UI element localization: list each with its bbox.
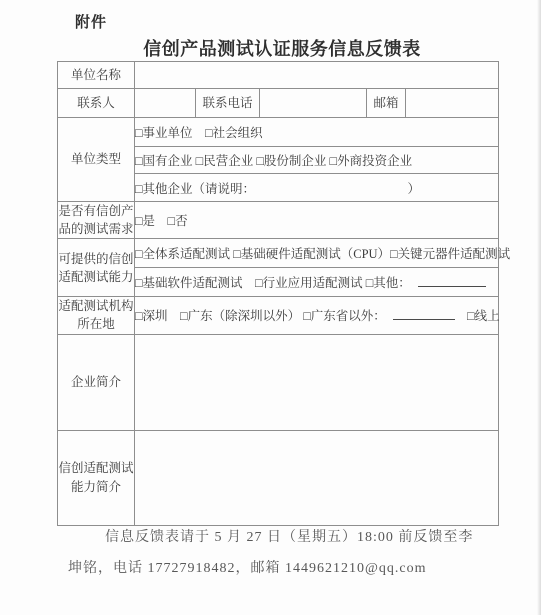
location-options: □深圳 □广东（除深圳以外） □广东省以外： □线上 bbox=[135, 297, 499, 334]
capability-profile-label: 信创适配测试 能力简介 bbox=[58, 430, 135, 525]
company-profile-label: 企业简介 bbox=[58, 334, 135, 430]
scan-edge-shadow bbox=[537, 0, 541, 615]
phone-label: 联系电话 bbox=[196, 89, 260, 118]
table-row: 单位类型 □事业单位 □社会组织 bbox=[58, 118, 499, 147]
table-row: 是否有信创产 品的测试需求 □是 □否 bbox=[58, 202, 499, 239]
contact-value-cell bbox=[135, 89, 196, 118]
table-row: 企业简介 bbox=[58, 334, 499, 430]
capability-options-line1: □全体系适配测试 □基础硬件适配测试（CPU）□关键元器件适配测试 bbox=[135, 239, 499, 268]
close-paren: ） bbox=[408, 179, 421, 197]
unit-type-options-line1: □事业单位 □社会组织 bbox=[135, 118, 499, 147]
feedback-form-table: 单位名称 联系人 联系电话 邮箱 单位类型 □事业单位 □社会组织 □国有企业 … bbox=[57, 61, 499, 526]
test-need-label: 是否有信创产 品的测试需求 bbox=[58, 202, 135, 239]
other-enterprise-option-text: □其他企业（请说明： bbox=[135, 179, 255, 197]
table-row: 信创适配测试 能力简介 bbox=[58, 430, 499, 525]
table-row: 适配测试机构 所在地 □深圳 □广东（除深圳以外） □广东省以外： □线上 bbox=[58, 297, 499, 334]
unit-type-options-line3: □其他企业（请说明： ） bbox=[135, 174, 499, 202]
table-row: 单位名称 bbox=[58, 62, 499, 89]
unit-type-label: 单位类型 bbox=[58, 118, 135, 202]
phone-value-cell bbox=[260, 89, 367, 118]
online-option-text: □线上 bbox=[467, 309, 500, 323]
test-need-options: □是 □否 bbox=[135, 202, 499, 239]
contact-label: 联系人 bbox=[58, 89, 135, 118]
unit-type-options-line2: □国有企业 □民营企业 □股份制企业 □外商投资企业 bbox=[135, 147, 499, 174]
table-row: 可提供的信创 适配测试能力 □全体系适配测试 □基础硬件适配测试（CPU）□关键… bbox=[58, 239, 499, 268]
capability-options-line2: □基础软件适配测试 □行业应用适配测试 □其他： bbox=[135, 268, 499, 297]
document-page: 附件 信创产品测试认证服务信息反馈表 单位名称 联系人 联系电话 邮箱 bbox=[0, 0, 541, 615]
location-label: 适配测试机构 所在地 bbox=[58, 297, 135, 334]
email-value-cell bbox=[406, 89, 499, 118]
capability-options-line2-text: □基础软件适配测试 □行业应用适配测试 □其他： bbox=[135, 276, 411, 290]
form-title: 信创产品测试认证服务信息反馈表 bbox=[57, 35, 507, 61]
email-label: 邮箱 bbox=[367, 89, 406, 118]
location-options-text: □深圳 □广东（除深圳以外） □广东省以外： bbox=[135, 309, 386, 323]
unit-name-label: 单位名称 bbox=[58, 62, 135, 89]
blank-line bbox=[393, 308, 455, 321]
footer-note-line2: 坤铭，电话 17727918482，邮箱 1449621210@qq.com bbox=[68, 557, 427, 577]
capability-label: 可提供的信创 适配测试能力 bbox=[58, 239, 135, 297]
unit-name-value-cell bbox=[135, 62, 499, 89]
table-row: 联系人 联系电话 邮箱 bbox=[58, 89, 499, 118]
capability-profile-value-cell bbox=[135, 430, 499, 525]
blank-line bbox=[418, 274, 486, 287]
company-profile-value-cell bbox=[135, 334, 499, 430]
attachment-label: 附件 bbox=[75, 11, 107, 32]
footer-note-line1: 信息反馈表请于 5 月 27 日（星期五）18:00 前反馈至李 bbox=[105, 526, 473, 546]
